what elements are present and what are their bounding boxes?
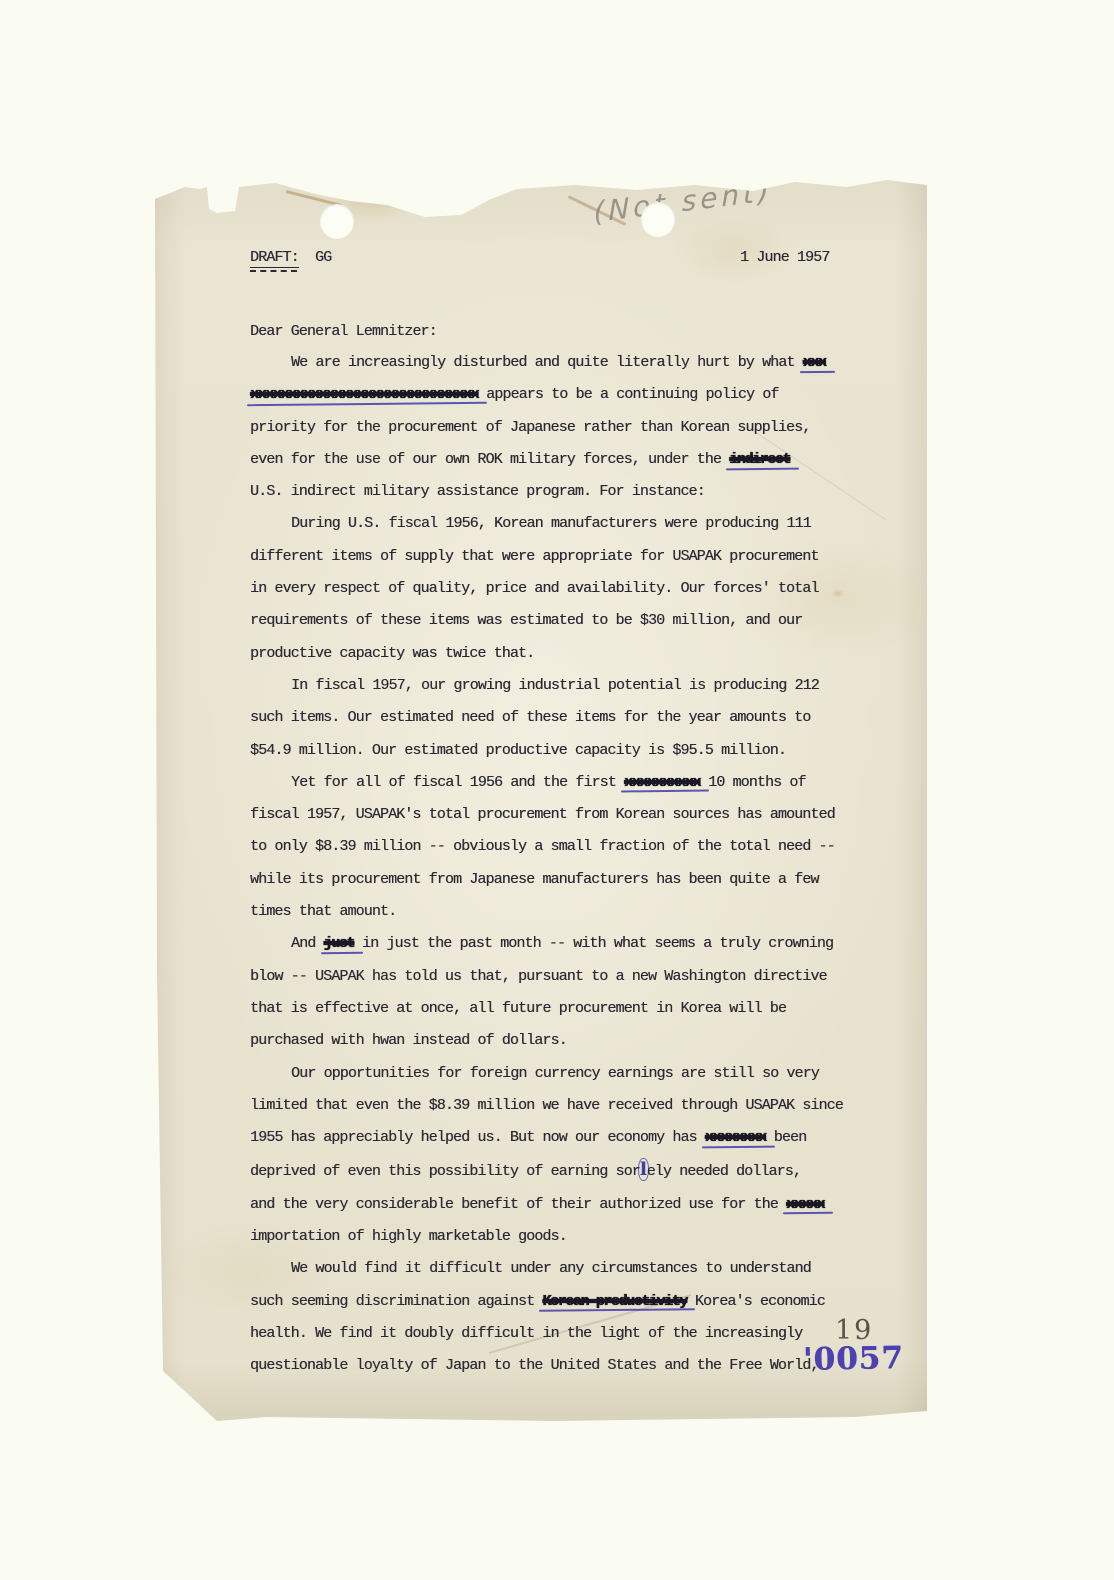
struck-out-text: xxxxxxxxxxxxxxxxxxxxxxxxxxxxxx <box>250 386 478 403</box>
struck-out-text: xxxxx <box>786 1196 824 1213</box>
draft-initials-value: GG <box>315 249 331 266</box>
letter-line: xxxxxxxxxxxxxxxxxxxxxxxxxxxxxx appears t… <box>250 379 890 411</box>
letter-line: In fiscal 1957, our growing industrial p… <box>250 670 890 702</box>
typed-text: Our opportunities for foreign currency e… <box>291 1065 819 1082</box>
letter-body: We are increasingly disturbed and quite … <box>250 347 890 1383</box>
salutation: Dear General Lemnitzer: <box>250 323 437 340</box>
letter-line: purchased with hwan instead of dollars. <box>250 1025 890 1057</box>
typed-text: times that amount. <box>250 903 396 920</box>
letter-line: different items of supply that were appr… <box>250 541 890 573</box>
handwritten-not-sent-note: (Not sent) <box>593 174 773 229</box>
typed-text: blow -- USAPAK has told us that, pursuan… <box>250 968 827 985</box>
struck-out-text: xxxxxxxx <box>705 1129 766 1146</box>
letter-line: that is effective at once, all future pr… <box>250 993 890 1025</box>
letter-line: 1955 has appreciably helped us. But now … <box>250 1122 890 1154</box>
typed-text: In fiscal 1957, our growing industrial p… <box>291 677 819 694</box>
scanned-letter-screenshot: { "document": { "annotation_handwritten"… <box>0 0 1114 1580</box>
struck-out-text: xxx <box>803 354 826 371</box>
archival-number-stamp: '0057 <box>803 1340 904 1378</box>
typed-text: And <box>291 935 324 952</box>
typed-text: questionable loyalty of Japan to the Uni… <box>250 1357 819 1374</box>
letter-line: blow -- USAPAK has told us that, pursuan… <box>250 961 890 993</box>
typed-text: while its procurement from Japanese manu… <box>250 871 819 888</box>
punch-hole-left <box>320 204 354 239</box>
letter-line: Our opportunities for foreign currency e… <box>250 1058 890 1090</box>
typed-text: $54.9 million. Our estimated productive … <box>250 742 786 759</box>
letter-line: to only $8.39 million -- obviously a sma… <box>250 831 890 863</box>
letter-line: even for the use of our own ROK military… <box>250 444 890 476</box>
letter-line: During U.S. fiscal 1956, Korean manufact… <box>250 508 890 540</box>
typed-text: such items. Our estimated need of these … <box>250 709 810 726</box>
letter-line: We would find it difficult under any cir… <box>250 1253 890 1285</box>
typed-text: appears to be a continuing policy of <box>478 386 779 403</box>
typed-text: importation of highly marketable goods. <box>250 1228 567 1245</box>
letter-line: limited that even the $8.39 million we h… <box>250 1090 890 1122</box>
letter-page: (Not sent) DRAFT: GG 1 June 1957 Dear Ge… <box>155 175 927 1421</box>
typed-text: requirements of these items was estimate… <box>250 612 802 629</box>
letter-line: questionable loyalty of Japan to the Uni… <box>250 1350 890 1382</box>
letter-line: such items. Our estimated need of these … <box>250 702 890 734</box>
letter-line: $54.9 million. Our estimated productive … <box>250 735 890 767</box>
typed-text: We are increasingly disturbed and quite … <box>291 354 803 371</box>
typed-text: 10 months of <box>700 774 806 791</box>
typed-text: in just the past month -- with what seem… <box>354 935 833 952</box>
struck-out-text: indirect <box>729 451 790 468</box>
typed-text: ely needed dollars, <box>647 1163 801 1180</box>
typed-text: priority for the procurement of Japanese… <box>250 419 810 436</box>
struck-out-text: just <box>324 935 354 952</box>
typed-text: We would find it difficult under any cir… <box>291 1260 811 1277</box>
typed-text: been <box>766 1129 807 1146</box>
typed-text: and the very considerable benefit of the… <box>250 1196 786 1213</box>
typed-text: Yet for all of fiscal 1956 and the first <box>291 774 624 791</box>
letter-line: times that amount. <box>250 896 890 928</box>
typed-text: different items of supply that were appr… <box>250 548 819 565</box>
typed-text: in every respect of quality, price and a… <box>250 580 819 597</box>
letter-line: while its procurement from Japanese manu… <box>250 864 890 896</box>
letter-line: And just in just the past month -- with … <box>250 928 890 960</box>
letter-line: requirements of these items was estimate… <box>250 605 890 637</box>
letter-line: fiscal 1957, USAPAK's total procurement … <box>250 799 890 831</box>
typed-text: that is effective at once, all future pr… <box>250 1000 786 1017</box>
draft-initials <box>307 249 315 266</box>
letter-line: health. We find it doubly difficult in t… <box>250 1318 890 1350</box>
letter-line: priority for the procurement of Japanese… <box>250 412 890 444</box>
letter-line: importation of highly marketable goods. <box>250 1221 890 1253</box>
typed-text: U.S. indirect military assistance progra… <box>250 483 705 500</box>
struck-out-text: Korean productivity <box>542 1293 686 1310</box>
letter-date: 1 June 1957 <box>740 249 829 266</box>
typed-text: health. We find it doubly difficult in t… <box>250 1325 802 1342</box>
letter-line: in every respect of quality, price and a… <box>250 573 890 605</box>
letter-line: deprived of even this possibility of ear… <box>250 1154 890 1188</box>
typed-text: such seeming discrimination against <box>250 1293 542 1310</box>
letter-line: and the very considerable benefit of the… <box>250 1189 890 1221</box>
punch-hole-right <box>641 202 675 237</box>
typed-text: deprived of even this possibility of ear… <box>250 1163 640 1180</box>
letter-line: such seeming discrimination against Kore… <box>250 1286 890 1318</box>
typed-text: limited that even the $8.39 million we h… <box>250 1097 843 1114</box>
struck-out-text: xxxxxxxxxx <box>624 774 700 791</box>
typed-text: productive capacity was twice that. <box>250 645 534 662</box>
typed-text: During U.S. fiscal 1956, Korean manufact… <box>291 515 811 532</box>
draft-label: DRAFT: <box>250 249 299 268</box>
typed-text: Korea's economic <box>687 1293 825 1310</box>
letter-header: DRAFT: GG 1 June 1957 <box>250 249 860 266</box>
typed-text: fiscal 1957, USAPAK's total procurement … <box>250 806 835 823</box>
letter-line: We are increasingly disturbed and quite … <box>250 347 890 379</box>
letter-line: Yet for all of fiscal 1956 and the first… <box>250 767 890 799</box>
typed-text: 1955 has appreciably helped us. But now … <box>250 1129 705 1146</box>
letter-line: U.S. indirect military assistance progra… <box>250 476 890 508</box>
typed-text: to only $8.39 million -- obviously a sma… <box>250 838 835 855</box>
typed-text: even for the use of our own ROK military… <box>250 451 729 468</box>
typed-text: purchased with hwan instead of dollars. <box>250 1032 567 1049</box>
letter-line: productive capacity was twice that. <box>250 638 890 670</box>
